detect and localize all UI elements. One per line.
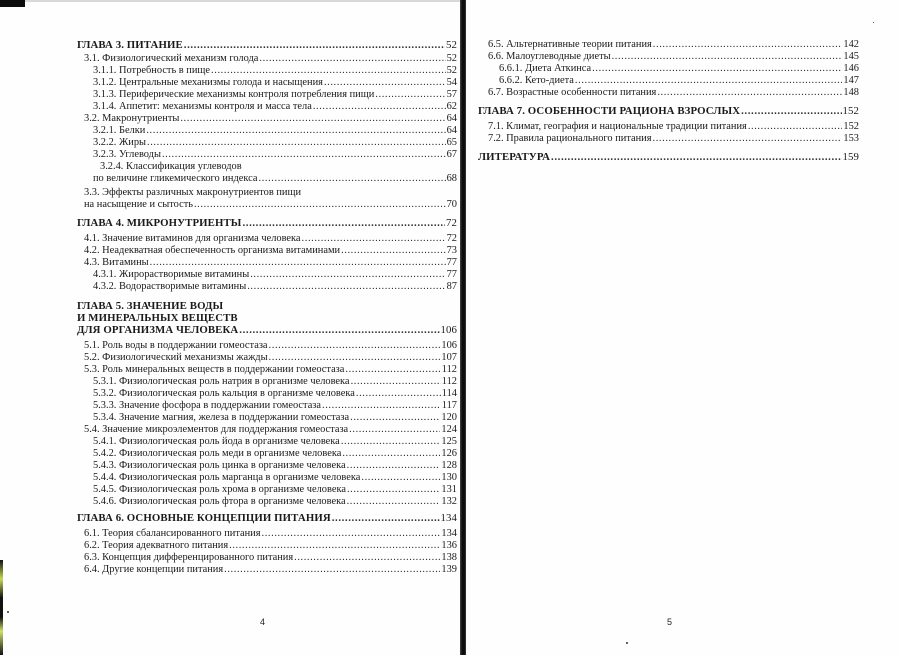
dot-leader <box>269 340 441 352</box>
toc-entry-title: ДЛЯ ОРГАНИЗМА ЧЕЛОВЕКА <box>77 324 238 336</box>
toc-entry: 5.3. Роль минеральных веществ в поддержа… <box>84 364 457 376</box>
toc-entry-title: ГЛАВА 4. МИКРОНУТРИЕНТЫ <box>77 217 241 229</box>
toc-entry-title: 6.1. Теория сбалансированного питания <box>84 528 261 540</box>
dot-leader <box>324 77 446 89</box>
dot-leader <box>341 436 441 448</box>
toc-entry: 3.2.3. Углеводы67 <box>93 149 457 161</box>
toc-page-number: 159 <box>843 151 860 163</box>
toc-entry-title: 5.2. Физиологический механизмы жажды <box>84 352 268 364</box>
toc-entry: 6.1. Теория сбалансированного питания134 <box>84 528 457 540</box>
toc-page-number: 77 <box>447 269 457 281</box>
dot-leader <box>162 149 446 161</box>
dot-leader <box>194 199 446 211</box>
toc-page-number: 70 <box>447 199 457 211</box>
dot-leader <box>350 412 440 424</box>
toc-page-number: 68 <box>447 173 457 185</box>
toc-chapter-entry: И МИНЕРАЛЬНЫХ ВЕЩЕСТВ <box>77 312 457 324</box>
toc-entry-title: 5.4.1. Физиологическая роль йода в орган… <box>93 436 340 448</box>
toc-page-number: 112 <box>442 376 457 388</box>
dot-leader <box>247 281 445 293</box>
dot-leader <box>250 269 445 281</box>
dot-leader <box>313 101 446 113</box>
toc-entry-title: 7.2. Правила рационального питания <box>488 133 652 145</box>
dot-leader <box>575 75 842 87</box>
toc-entry-title: 5.3.2. Физиологическая роль кальция в ор… <box>93 388 355 400</box>
toc-page-number: 120 <box>441 412 457 424</box>
toc-entry-title: 3.1.3. Периферические механизмы контроля… <box>93 89 374 101</box>
dot-leader <box>147 137 446 149</box>
toc-page-number: 67 <box>447 149 457 161</box>
toc-page-number: 52 <box>447 53 457 65</box>
toc-entry: 5.2. Физиологический механизмы жажды107 <box>84 352 457 364</box>
toc-entry-title: И МИНЕРАЛЬНЫХ ВЕЩЕСТВ <box>77 312 238 324</box>
toc-page-number: 145 <box>843 51 859 63</box>
toc-entry-title: 5.4.5. Физиологическая роль хрома в орга… <box>93 484 346 496</box>
dot-leader <box>657 87 842 99</box>
toc-page-number: 125 <box>441 436 457 448</box>
dot-leader <box>294 552 440 564</box>
toc-entry-title: 6.5. Альтернативные теории питания <box>488 39 652 51</box>
toc-entry: 6.6.1. Диета Аткинса146 <box>499 63 859 75</box>
toc-entry-title: 5.4.3. Физиологическая роль цинка в орга… <box>93 460 346 472</box>
toc-entry: 6.7. Возрастные особенности питания148 <box>488 87 859 99</box>
toc-page-number: 138 <box>441 552 457 564</box>
toc-entry-title: ГЛАВА 7. ОСОБЕННОСТИ РАЦИОНА ВЗРОСЛЫХ <box>478 105 740 117</box>
toc-entry-title: 7.1. Климат, география и национальные тр… <box>488 121 747 133</box>
toc-entry: 4.1. Значение витаминов для организма че… <box>84 233 457 245</box>
toc-entry-title: на насыщение и сытость <box>84 199 193 211</box>
dot-leader <box>259 173 446 185</box>
toc-page-number: 64 <box>447 113 457 125</box>
toc-entry: 3.1. Физиологический механизм голода52 <box>84 53 457 65</box>
toc-entry: 4.3.1. Жирорастворимые витамины77 <box>93 269 457 281</box>
toc-entry: 3.2.2. Жиры65 <box>93 137 457 149</box>
dot-leader <box>592 63 842 75</box>
toc-entry-title: 3.2.1. Белки <box>93 125 145 137</box>
toc-page-number: 126 <box>441 448 457 460</box>
toc-entry: 5.4.3. Физиологическая роль цинка в орга… <box>93 460 457 472</box>
toc-page-number: 132 <box>441 496 457 508</box>
toc-entry-title: 5.3.1. Физиологическая роль натрия в орг… <box>93 376 350 388</box>
toc-page-number: 124 <box>441 424 457 436</box>
dot-leader <box>239 324 439 336</box>
toc-entry-title: 6.4. Другие концепции питания <box>84 564 223 576</box>
toc-page-number: 152 <box>843 121 859 133</box>
toc-entry: 3.3. Эффекты различных макронутриентов п… <box>84 187 457 199</box>
dot-leader <box>269 352 441 364</box>
toc-entry: 6.5. Альтернативные теории питания142 <box>488 39 859 51</box>
toc-entry: 5.4.5. Физиологическая роль хрома в орга… <box>93 484 457 496</box>
toc-entry-title: 3.1.4. Аппетит: механизмы контроля и мас… <box>93 101 312 113</box>
toc-entry-title: 5.4.6. Физиологическая роль фтора в орга… <box>93 496 346 508</box>
toc-entry: 3.2.1. Белки64 <box>93 125 457 137</box>
toc-entry-title: 5.4.4. Физиологическая роль марганца в о… <box>93 472 360 484</box>
toc-entry-title: 6.6.1. Диета Аткинса <box>499 63 591 75</box>
dot-leader <box>653 39 843 51</box>
dot-leader <box>347 484 440 496</box>
dot-leader <box>322 400 441 412</box>
toc-entry-title: 3.3. Эффекты различных макронутриентов п… <box>84 187 301 199</box>
toc-entry: 5.4. Значение микроэлементов для поддерж… <box>84 424 457 436</box>
toc-entry-title: 4.3. Витамины <box>84 257 149 269</box>
toc-page-number: 139 <box>441 564 457 576</box>
toc-entry: 3.1.4. Аппетит: механизмы контроля и мас… <box>93 101 457 113</box>
dot-leader <box>262 528 441 540</box>
toc-entry-title: 3.2.2. Жиры <box>93 137 146 149</box>
toc-entry: 3.1.1. Потребность в пище52 <box>93 65 457 77</box>
toc-page-number: 73 <box>447 245 457 257</box>
toc-entry: 5.4.1. Физиологическая роль йода в орган… <box>93 436 457 448</box>
dot-leader <box>356 388 441 400</box>
toc-entry: 5.4.2. Физиологическая роль меди в орган… <box>93 448 457 460</box>
toc-chapter-entry: ГЛАВА 3. ПИТАНИЕ52 <box>77 39 457 51</box>
toc-entry-title: 3.2.3. Углеводы <box>93 149 161 161</box>
toc-page-number: 134 <box>441 528 457 540</box>
toc-chapter-entry: ГЛАВА 6. ОСНОВНЫЕ КОНЦЕПЦИИ ПИТАНИЯ134 <box>77 512 457 524</box>
toc-page-number: 64 <box>447 125 457 137</box>
dot-leader <box>345 364 440 376</box>
dot-leader <box>259 53 445 65</box>
toc-page-number: 117 <box>442 400 457 412</box>
toc-page-number: 128 <box>441 460 457 472</box>
toc-page-number: 130 <box>441 472 457 484</box>
toc-entry-title: 5.1. Роль воды в поддержании гомеостаза <box>84 340 268 352</box>
toc-page-number: 65 <box>447 137 457 149</box>
dot-leader <box>342 448 440 460</box>
toc-entry: 3.1.3. Периферические механизмы контроля… <box>93 89 457 101</box>
toc-page-number: 114 <box>442 388 457 400</box>
toc-page-number: 112 <box>442 364 457 376</box>
dot-leader <box>351 376 441 388</box>
toc-entry-title: 3.2.4. Классификация углеводов <box>100 161 242 173</box>
page-number-right: 5 <box>667 617 672 627</box>
toc-page-number: 77 <box>447 257 457 269</box>
toc-entry: 7.2. Правила рационального питания153 <box>488 133 859 145</box>
scan-speck <box>873 22 874 23</box>
toc-entry: 5.3.1. Физиологическая роль натрия в орг… <box>93 376 457 388</box>
dot-leader <box>229 540 440 552</box>
toc-entry: 4.3. Витамины77 <box>84 257 457 269</box>
toc-entry: 6.2. Теория адекватного питания136 <box>84 540 457 552</box>
toc-entry-title: 5.3. Роль минеральных веществ в поддержа… <box>84 364 344 376</box>
toc-entry-title: 6.7. Возрастные особенности питания <box>488 87 656 99</box>
scan-edge-shadow <box>0 0 25 7</box>
toc-entry-title: 6.3. Концепция дифференцированного питан… <box>84 552 293 564</box>
toc-page-number: 57 <box>447 89 457 101</box>
toc-page-number: 52 <box>446 39 457 51</box>
dot-leader <box>551 151 841 163</box>
dot-leader <box>341 245 446 257</box>
toc-entry: 5.4.6. Физиологическая роль фтора в орга… <box>93 496 457 508</box>
toc-entry-title: 3.2. Макронутриенты <box>84 113 179 125</box>
toc-entry-title: 5.4. Значение микроэлементов для поддерж… <box>84 424 348 436</box>
toc-page-number: 52 <box>447 65 457 77</box>
toc-entry: 3.2. Макронутриенты64 <box>84 113 457 125</box>
toc-page-number: 148 <box>843 87 859 99</box>
toc-page-number: 87 <box>447 281 457 293</box>
toc-page-number: 153 <box>843 133 859 145</box>
toc-entry: 4.2. Неадекватная обеспеченность организ… <box>84 245 457 257</box>
scan-speck <box>7 611 9 613</box>
page-number-left: 4 <box>260 617 265 627</box>
dot-leader <box>184 39 445 51</box>
toc-page-number: 134 <box>441 512 458 524</box>
toc-page-number: 54 <box>447 77 457 89</box>
toc-entry: 3.1.2. Центральные механизмы голода и на… <box>93 77 457 89</box>
toc-entry: на насыщение и сытость70 <box>84 199 457 211</box>
toc-chapter-entry: ГЛАВА 4. МИКРОНУТРИЕНТЫ72 <box>77 217 457 229</box>
toc-chapter-entry: ГЛАВА 5. ЗНАЧЕНИЕ ВОДЫ <box>77 300 457 312</box>
toc-page-number: 146 <box>843 63 859 75</box>
scan-top-edge <box>25 0 462 2</box>
toc-entry: 6.6.2. Кето-диета147 <box>499 75 859 87</box>
toc-entry-title: 4.1. Значение витаминов для организма че… <box>84 233 301 245</box>
toc-entry-title: 3.1.2. Центральные механизмы голода и на… <box>93 77 323 89</box>
toc-page-number: 72 <box>446 217 457 229</box>
toc-entry: 6.6. Малоуглеводные диеты145 <box>488 51 859 63</box>
toc-page-number: 152 <box>843 105 860 117</box>
dot-leader <box>361 472 440 484</box>
toc-entry: 5.3.4. Значение магния, железа в поддерж… <box>93 412 457 424</box>
toc-entry-title: ГЛАВА 5. ЗНАЧЕНИЕ ВОДЫ <box>77 300 223 312</box>
toc-entry: 4.3.2. Водорастворимые витамины87 <box>93 281 457 293</box>
dot-leader <box>741 105 841 117</box>
toc-page-number: 136 <box>441 540 457 552</box>
dot-leader <box>347 496 441 508</box>
dot-leader <box>146 125 445 137</box>
dot-leader <box>302 233 446 245</box>
toc-entry-title: 4.2. Неадекватная обеспеченность организ… <box>84 245 340 257</box>
toc-entry: по величине гликемического индекса68 <box>93 173 457 185</box>
toc-entry-title: 6.2. Теория адекватного питания <box>84 540 228 552</box>
toc-entry-title: 3.1.1. Потребность в пище <box>93 65 210 77</box>
toc-entry: 6.3. Концепция дифференцированного питан… <box>84 552 457 564</box>
toc-entry-title: ГЛАВА 6. ОСНОВНЫЕ КОНЦЕПЦИИ ПИТАНИЯ <box>77 512 331 524</box>
dot-leader <box>347 460 441 472</box>
toc-entry-title: 6.6. Малоуглеводные диеты <box>488 51 611 63</box>
toc-page-number: 107 <box>441 352 457 364</box>
toc-entry-title: 4.3.2. Водорастворимые витамины <box>93 281 246 293</box>
dot-leader <box>612 51 843 63</box>
toc-entry-title: 3.1. Физиологический механизм голода <box>84 53 258 65</box>
toc-entry-title: по величине гликемического индекса <box>93 173 258 185</box>
toc-page-number: 131 <box>441 484 457 496</box>
toc-entry-title: 4.3.1. Жирорастворимые витамины <box>93 269 249 281</box>
dot-leader <box>332 512 440 524</box>
toc-entry: 3.2.4. Классификация углеводов <box>100 161 464 173</box>
toc-entry-title: 5.4.2. Физиологическая роль меди в орган… <box>93 448 341 460</box>
toc-entry: 6.4. Другие концепции питания139 <box>84 564 457 576</box>
book-spread: ГЛАВА 3. ПИТАНИЕ523.1. Физиологический м… <box>0 0 900 655</box>
toc-entry: 5.3.3. Значение фосфора в поддержании го… <box>93 400 457 412</box>
toc-page-number: 62 <box>447 101 457 113</box>
toc-page-number: 72 <box>447 233 457 245</box>
toc-chapter-entry: ДЛЯ ОРГАНИЗМА ЧЕЛОВЕКА106 <box>77 324 457 336</box>
dot-leader <box>748 121 843 133</box>
left-page: ГЛАВА 3. ПИТАНИЕ523.1. Физиологический м… <box>0 0 462 655</box>
toc-entry-title: ЛИТЕРАТУРА <box>478 151 550 163</box>
dot-leader <box>211 65 446 77</box>
dot-leader <box>375 89 445 101</box>
toc-entry: 5.1. Роль воды в поддержании гомеостаза1… <box>84 340 457 352</box>
dot-leader <box>653 133 843 145</box>
toc-page-number: 147 <box>843 75 859 87</box>
toc-entry-title: 5.3.4. Значение магния, железа в поддерж… <box>93 412 349 424</box>
toc-page-number: 106 <box>441 340 457 352</box>
dot-leader <box>180 113 445 125</box>
scan-speck <box>626 642 628 644</box>
toc-entry-title: 6.6.2. Кето-диета <box>499 75 574 87</box>
toc-chapter-entry: ГЛАВА 7. ОСОБЕННОСТИ РАЦИОНА ВЗРОСЛЫХ152 <box>478 105 859 117</box>
scan-left-edge <box>0 560 3 655</box>
toc-entry: 5.4.4. Физиологическая роль марганца в о… <box>93 472 457 484</box>
dot-leader <box>349 424 440 436</box>
toc-entry-title: 5.3.3. Значение фосфора в поддержании го… <box>93 400 321 412</box>
toc-entry: 5.3.2. Физиологическая роль кальция в ор… <box>93 388 457 400</box>
toc-page-number: 142 <box>843 39 859 51</box>
toc-entry: 7.1. Климат, география и национальные тр… <box>488 121 859 133</box>
right-page: 6.5. Альтернативные теории питания1426.6… <box>466 0 900 655</box>
toc-entry-title: ГЛАВА 3. ПИТАНИЕ <box>77 39 183 51</box>
toc-chapter-entry: ЛИТЕРАТУРА159 <box>478 151 859 163</box>
dot-leader <box>242 217 445 229</box>
dot-leader <box>150 257 446 269</box>
dot-leader <box>224 564 440 576</box>
toc-page-number: 106 <box>441 324 458 336</box>
